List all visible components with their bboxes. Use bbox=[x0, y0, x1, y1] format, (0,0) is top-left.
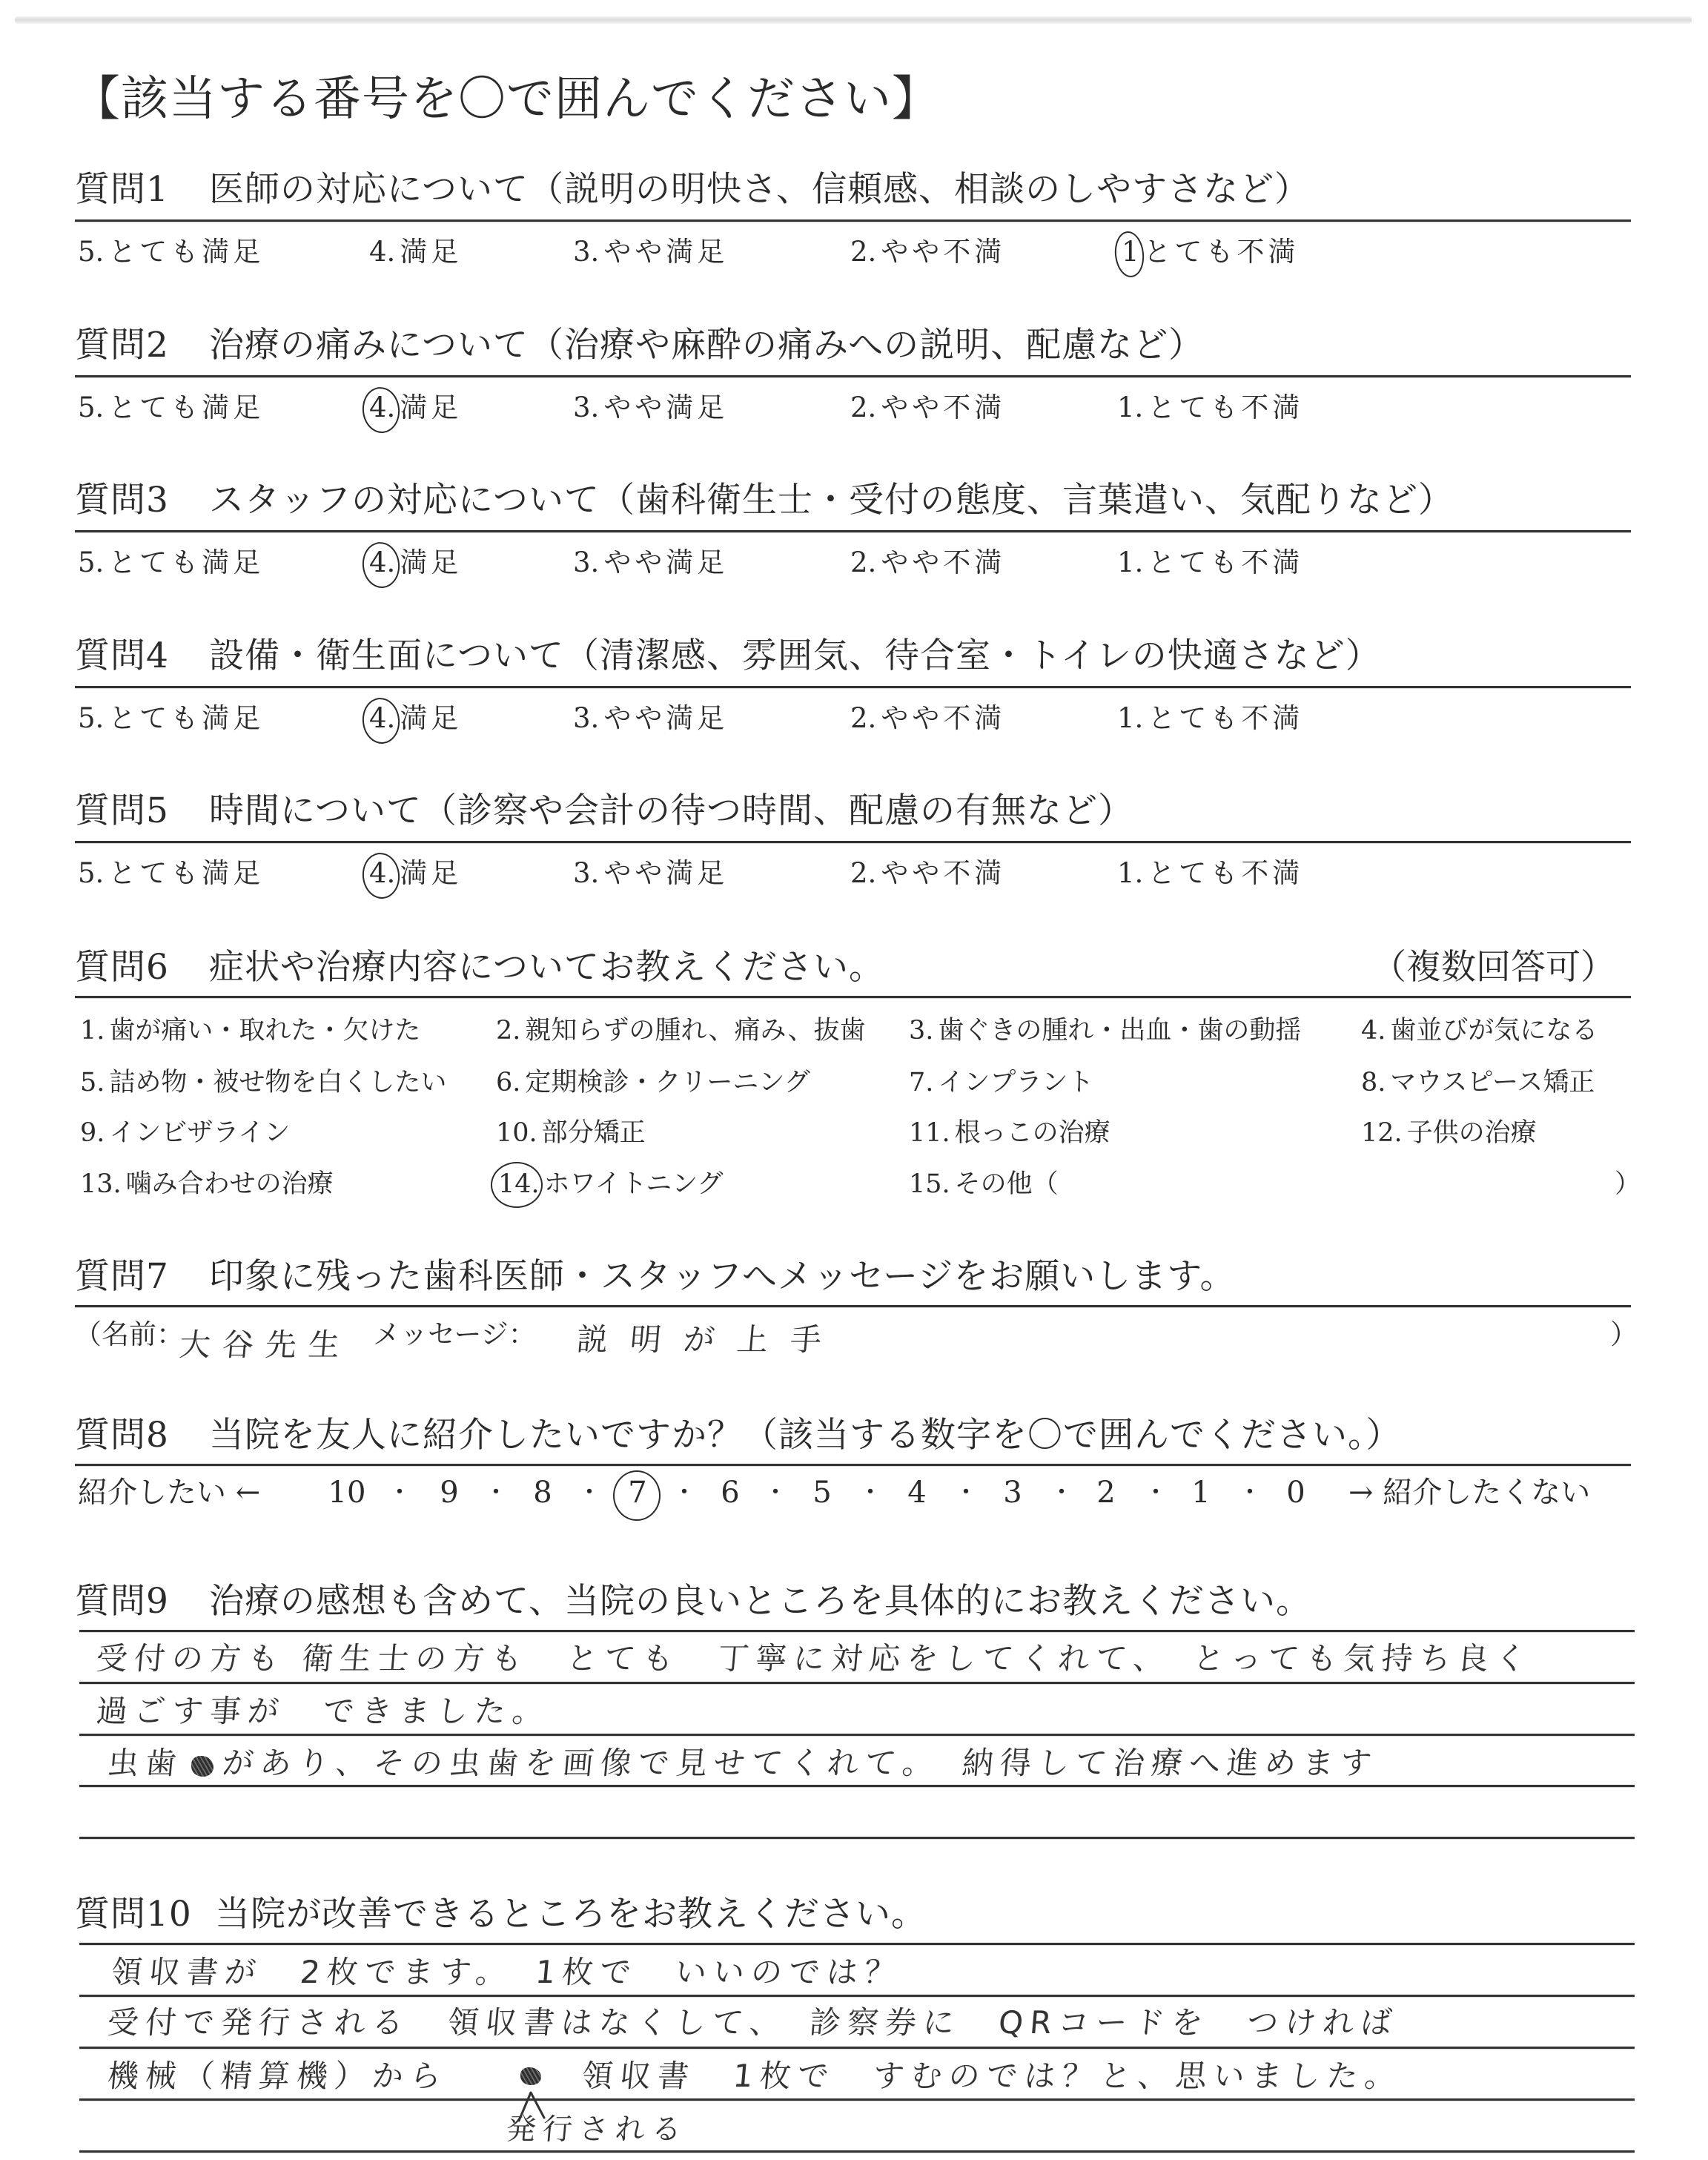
q6-item-9[interactable]: 9.インビザライン bbox=[80, 1115, 290, 1151]
option-label: やや不満 bbox=[881, 546, 1005, 578]
item-number: 4. bbox=[1361, 1013, 1386, 1048]
name-field[interactable]: 大谷先生 bbox=[177, 1323, 353, 1367]
q1-option-1[interactable]: 1とても不満 bbox=[1122, 234, 1300, 271]
scale-2[interactable]: 2 bbox=[1080, 1473, 1132, 1512]
question-5-header: 質問5時間について（診察や会計の待つ時間、配慮の有無など） bbox=[75, 789, 1133, 833]
item-label: 歯ぐきの腫れ・出血・歯の動揺 bbox=[938, 1016, 1301, 1046]
option-number: 2. bbox=[850, 700, 876, 737]
option-number: 1. bbox=[1117, 544, 1143, 581]
option-label: やや満足 bbox=[603, 546, 728, 578]
option-number: 5. bbox=[78, 855, 104, 892]
item-number: 15. bbox=[909, 1166, 950, 1202]
multiple-answers-note: （複数回答可） bbox=[1371, 945, 1615, 990]
q6-item-11[interactable]: 11.根っこの治療 bbox=[909, 1115, 1110, 1151]
q6-item-13[interactable]: 13.噛み合わせの治療 bbox=[80, 1166, 334, 1202]
divider bbox=[75, 1464, 1631, 1466]
option-number: 5. bbox=[78, 389, 104, 426]
question-text: 治療の痛みについて（治療や麻酔の痛みへの説明、配慮など） bbox=[209, 325, 1204, 366]
item-label: 親知らずの腫れ、痛み、抜歯 bbox=[525, 1016, 865, 1046]
option-number: 5. bbox=[78, 234, 104, 271]
question-1-header: 質問1医師の対応について（説明の明快さ、信頼感、相談のしやすさなど） bbox=[75, 168, 1310, 212]
question-4-header: 質問4設備・衛生面について（清潔感、雰囲気、待合室・トイレの快適さなど） bbox=[75, 634, 1381, 678]
scale-separator: ・ bbox=[575, 1473, 604, 1512]
item-label: 詰め物・被せ物を白くしたい bbox=[109, 1068, 446, 1097]
option-label: 満足 bbox=[400, 702, 462, 734]
item-label: 部分矯正 bbox=[542, 1118, 646, 1148]
question-number: 質問7 bbox=[75, 1255, 209, 1299]
q6-item-14[interactable]: 14.ホワイトニング bbox=[498, 1166, 724, 1202]
option-label: やや満足 bbox=[603, 236, 728, 268]
q1-option-2[interactable]: 2.やや不満 bbox=[850, 234, 1005, 271]
option-label: やや不満 bbox=[881, 392, 1005, 423]
option-number: 2. bbox=[850, 544, 876, 581]
answer-line bbox=[79, 1785, 1635, 1787]
item-number: 11. bbox=[909, 1115, 950, 1151]
option-label: やや満足 bbox=[603, 392, 728, 423]
option-number: 5. bbox=[78, 544, 104, 581]
q4-option-5[interactable]: 5.とても満足 bbox=[78, 700, 264, 737]
item-number: 14. bbox=[498, 1166, 540, 1202]
option-label: とても不満 bbox=[1148, 702, 1303, 734]
scribble-mark bbox=[191, 1756, 213, 1777]
question-text: 症状や治療内容についてお教えください。 bbox=[209, 947, 884, 988]
answer-line bbox=[79, 1734, 1635, 1736]
question-text: 設備・衛生面について（清潔感、雰囲気、待合室・トイレの快適さなど） bbox=[209, 635, 1381, 676]
divider bbox=[75, 841, 1631, 843]
question-text: 治療の感想も含めて、当院の良いところを具体的にお教えください。 bbox=[209, 1581, 1311, 1622]
question-number: 質問5 bbox=[75, 789, 209, 833]
item-label: マウスピース矯正 bbox=[1390, 1068, 1595, 1097]
divider bbox=[75, 375, 1631, 377]
option-label: とても満足 bbox=[108, 392, 264, 423]
scale-separator: ・ bbox=[855, 1473, 885, 1512]
q3-option-2[interactable]: 2.やや不満 bbox=[850, 544, 1005, 581]
item-number: 5. bbox=[80, 1065, 105, 1100]
option-label: 満足 bbox=[400, 236, 462, 268]
q2-option-4[interactable]: 4.満足 bbox=[369, 389, 462, 426]
item-label: 根っこの治療 bbox=[955, 1118, 1110, 1148]
question-6-header: 質問6症状や治療内容についてお教えください。 bbox=[75, 945, 884, 990]
q9-answer-line-3-start[interactable]: 虫歯 bbox=[105, 1741, 185, 1786]
option-label: やや満足 bbox=[603, 857, 728, 889]
divider bbox=[75, 1305, 1631, 1307]
q4-option-3[interactable]: 3.やや満足 bbox=[573, 700, 728, 737]
q4-option-4[interactable]: 4.満足 bbox=[369, 700, 462, 737]
scale-separator: ・ bbox=[1141, 1473, 1171, 1512]
q9-answer-line-4[interactable] bbox=[94, 1792, 98, 1837]
q4-option-1[interactable]: 1.とても不満 bbox=[1117, 700, 1303, 737]
scale-separator: ・ bbox=[1235, 1473, 1265, 1512]
question-number: 質問6 bbox=[75, 945, 209, 990]
option-label: とても満足 bbox=[108, 546, 264, 578]
option-number: 3. bbox=[573, 855, 599, 892]
scale-separator: ・ bbox=[951, 1473, 981, 1512]
question-number: 質問2 bbox=[75, 323, 209, 368]
scale-separator: ・ bbox=[761, 1473, 790, 1512]
option-number: 3. bbox=[573, 389, 599, 426]
item-number: 8. bbox=[1361, 1065, 1386, 1100]
option-number: 3. bbox=[573, 700, 599, 737]
scale-1[interactable]: 1 bbox=[1175, 1473, 1227, 1512]
item-number: 10. bbox=[496, 1115, 537, 1151]
scale-separator: ・ bbox=[1047, 1473, 1076, 1512]
option-number: 4. bbox=[369, 700, 395, 737]
question-number: 質問9 bbox=[75, 1579, 209, 1624]
option-number: 4. bbox=[369, 855, 395, 892]
question-number: 質問3 bbox=[75, 478, 209, 523]
message-field[interactable]: 説明が上手 bbox=[575, 1318, 845, 1362]
option-label: とても不満 bbox=[1148, 857, 1303, 889]
q6-item-6[interactable]: 6.定期検診・クリーニング bbox=[496, 1065, 810, 1100]
item-label: 子供の治療 bbox=[1407, 1118, 1537, 1148]
answer-line bbox=[79, 1995, 1635, 1997]
answer-line bbox=[79, 1837, 1635, 1839]
q5-option-1[interactable]: 1.とても不満 bbox=[1117, 855, 1303, 892]
item-label: 噛み合わせの治療 bbox=[126, 1169, 334, 1199]
answer-line bbox=[79, 1630, 1635, 1632]
item-number: 7. bbox=[909, 1065, 933, 1100]
scale-6[interactable]: 6 bbox=[704, 1473, 756, 1512]
question-8-header: 質問8当院を友人に紹介したいですか？（該当する数字を〇で囲んでください。） bbox=[75, 1413, 1402, 1458]
item-label: インプラント bbox=[938, 1068, 1093, 1097]
option-label: とても不満 bbox=[1148, 546, 1303, 578]
option-label: とても満足 bbox=[108, 702, 264, 734]
option-number: 1. bbox=[1117, 855, 1143, 892]
question-number: 質問4 bbox=[75, 634, 209, 678]
q6-item-3[interactable]: 3.歯ぐきの腫れ・出血・歯の動揺 bbox=[909, 1013, 1301, 1048]
q6-item-12[interactable]: 12.子供の治療 bbox=[1361, 1115, 1537, 1151]
question-text: 当院を友人に紹介したいですか？（該当する数字を〇で囲んでください。） bbox=[209, 1415, 1402, 1456]
scale-0[interactable]: 0 bbox=[1270, 1473, 1322, 1512]
scale-separator: ・ bbox=[669, 1473, 699, 1512]
divider bbox=[75, 996, 1631, 998]
option-number: 4. bbox=[369, 234, 395, 271]
option-label: とても不満 bbox=[1148, 392, 1303, 423]
q2-option-3[interactable]: 3.やや満足 bbox=[573, 389, 728, 426]
answer-line bbox=[79, 2098, 1635, 2101]
scale-3[interactable]: 3 bbox=[987, 1473, 1039, 1512]
scale-5[interactable]: 5 bbox=[796, 1473, 848, 1512]
option-label: 満足 bbox=[400, 546, 462, 578]
question-text: スタッフの対応について（歯科衛生士・受付の態度、言葉遣い、気配りなど） bbox=[209, 480, 1454, 521]
q6-item-2[interactable]: 2.親知らずの腫れ、痛み、抜歯 bbox=[496, 1013, 866, 1048]
item-label: その他（ bbox=[955, 1169, 1059, 1199]
item-label: インビザライン bbox=[109, 1118, 290, 1148]
option-number: 1. bbox=[1117, 389, 1143, 426]
q5-option-5[interactable]: 5.とても満足 bbox=[78, 855, 264, 892]
q2-option-5[interactable]: 5.とても満足 bbox=[78, 389, 264, 426]
option-label: 満足 bbox=[400, 392, 462, 423]
page-title: 【該当する番号を〇で囲んでください】 bbox=[73, 70, 940, 129]
other-close-paren: ） bbox=[1615, 1166, 1641, 1202]
scale-separator: ・ bbox=[481, 1473, 511, 1512]
q5-option-2[interactable]: 2.やや不満 bbox=[850, 855, 1005, 892]
insertion-text[interactable]: 発行される bbox=[505, 2110, 690, 2149]
question-10-header: 質問10当院が改善できるところをお教えください。 bbox=[75, 1892, 927, 1937]
q3-option-1[interactable]: 1.とても不満 bbox=[1117, 544, 1303, 581]
item-label: 歯が痛い・取れた・欠けた bbox=[109, 1016, 420, 1046]
q2-option-2[interactable]: 2.やや不満 bbox=[850, 389, 1005, 426]
q3-option-4[interactable]: 4.満足 bbox=[369, 544, 462, 581]
item-number: 12. bbox=[1361, 1115, 1403, 1151]
scale-10[interactable]: 10 bbox=[321, 1473, 373, 1512]
divider bbox=[75, 686, 1631, 688]
scale-separator: ・ bbox=[385, 1473, 414, 1512]
item-number: 6. bbox=[496, 1065, 520, 1100]
q5-option-3[interactable]: 3.やや満足 bbox=[573, 855, 728, 892]
option-number: 4. bbox=[369, 389, 395, 426]
q1-option-4[interactable]: 4.満足 bbox=[369, 234, 462, 271]
question-7-header: 質問7印象に残った歯科医師・スタッフへメッセージをお願いします。 bbox=[75, 1255, 1235, 1299]
recommend-label: 紹介したい ← bbox=[78, 1473, 260, 1512]
item-label: 歯並びが気になる bbox=[1390, 1016, 1598, 1046]
scan-edge-bar bbox=[15, 16, 1692, 24]
q5-option-4[interactable]: 4.満足 bbox=[369, 855, 462, 892]
option-number: 3. bbox=[573, 544, 599, 581]
option-number: 2. bbox=[850, 234, 876, 271]
q6-item-10[interactable]: 10.部分矯正 bbox=[496, 1115, 646, 1151]
answer-line bbox=[79, 2150, 1635, 2153]
question-number: 質問8 bbox=[75, 1413, 209, 1458]
answer-line bbox=[79, 2047, 1635, 2049]
question-text: 印象に残った歯科医師・スタッフへメッセージをお願いします。 bbox=[209, 1256, 1235, 1297]
divider bbox=[75, 530, 1631, 532]
q6-item-8[interactable]: 8.マウスピース矯正 bbox=[1361, 1065, 1595, 1100]
option-label: やや不満 bbox=[881, 857, 1005, 889]
question-2-header: 質問2治療の痛みについて（治療や麻酔の痛みへの説明、配慮など） bbox=[75, 323, 1204, 368]
option-number: 2. bbox=[850, 855, 876, 892]
q1-option-3[interactable]: 3.やや満足 bbox=[573, 234, 728, 271]
scale-9[interactable]: 9 bbox=[423, 1473, 475, 1512]
q6-item-5[interactable]: 5.詰め物・被せ物を白くしたい bbox=[80, 1065, 446, 1100]
question-text: 医師の対応について（説明の明快さ、信頼感、相談のしやすさなど） bbox=[209, 169, 1310, 210]
option-label: やや不満 bbox=[881, 702, 1005, 734]
option-label: とても不満 bbox=[1144, 236, 1300, 268]
q10-answer-line-3-rest[interactable]: 領収書 1枚で すむのでは？と、思いました。 bbox=[580, 2054, 1404, 2098]
question-9-header: 質問9治療の感想も含めて、当院の良いところを具体的にお教えください。 bbox=[75, 1579, 1311, 1624]
scribble-mark bbox=[520, 2067, 541, 2085]
message-label: メッセージ： bbox=[373, 1316, 536, 1353]
q10-answer-line-3-start[interactable]: 機械（精算機）から bbox=[105, 2054, 449, 2098]
option-number: 5. bbox=[78, 700, 104, 737]
option-number: 4. bbox=[369, 544, 395, 581]
item-number: 9. bbox=[80, 1115, 105, 1151]
option-number: 1 bbox=[1122, 234, 1139, 271]
message-close-paren: ） bbox=[1610, 1316, 1638, 1353]
option-label: やや満足 bbox=[603, 702, 728, 734]
divider bbox=[75, 219, 1631, 222]
answer-line bbox=[79, 1682, 1635, 1684]
scale-4[interactable]: 4 bbox=[891, 1473, 943, 1512]
q6-item-15-other[interactable]: 15.その他（ bbox=[909, 1166, 1059, 1202]
option-number: 3. bbox=[573, 234, 599, 271]
option-label: やや不満 bbox=[881, 236, 1005, 268]
option-number: 2. bbox=[850, 389, 876, 426]
option-number: 1. bbox=[1117, 700, 1143, 737]
question-text: 時間について（診察や会計の待つ時間、配慮の有無など） bbox=[209, 790, 1133, 831]
q4-option-2[interactable]: 2.やや不満 bbox=[850, 700, 1005, 737]
q10-answer-line-1[interactable]: 領収書が 2枚でます。 1枚で いいのでは？ bbox=[109, 1950, 904, 1995]
scale-8[interactable]: 8 bbox=[517, 1473, 569, 1512]
item-number: 1. bbox=[80, 1013, 105, 1048]
q10-answer-line-2[interactable]: 受付で発行される 領収書はなくして、 診察券に QRコードを つければ bbox=[105, 2001, 1400, 2045]
answer-line bbox=[79, 1943, 1635, 1945]
name-label: （名前： bbox=[74, 1316, 184, 1353]
option-label: とても満足 bbox=[108, 857, 264, 889]
item-label: ホワイトニング bbox=[544, 1169, 724, 1199]
item-number: 2. bbox=[496, 1013, 520, 1048]
q9-answer-line-1[interactable]: 受付の方も 衛生士の方も とても 丁寧に対応をしてくれて、 とっても気持ち良く bbox=[94, 1636, 1535, 1681]
question-number: 質問10 bbox=[75, 1892, 215, 1937]
q9-answer-line-2[interactable]: 過ごす事が できました。 bbox=[94, 1689, 552, 1734]
q6-item-4[interactable]: 4.歯並びが気になる bbox=[1361, 1013, 1598, 1048]
item-number: 13. bbox=[80, 1166, 122, 1202]
option-label: とても満足 bbox=[108, 236, 264, 268]
q3-option-3[interactable]: 3.やや満足 bbox=[573, 544, 728, 581]
q9-answer-line-3-rest[interactable]: があり、その虫歯を画像で見せてくれて。 納得して治療へ進めます bbox=[220, 1741, 1380, 1786]
item-label: 定期検診・クリーニング bbox=[525, 1068, 810, 1097]
q3-option-5[interactable]: 5.とても満足 bbox=[78, 544, 264, 581]
question-3-header: 質問3スタッフの対応について（歯科衛生士・受付の態度、言葉遣い、気配りなど） bbox=[75, 478, 1454, 523]
scale-7[interactable]: 7 bbox=[612, 1473, 663, 1512]
option-label: 満足 bbox=[400, 857, 462, 889]
question-text: 当院が改善できるところをお教えください。 bbox=[215, 1894, 927, 1935]
q6-item-7[interactable]: 7.インプラント bbox=[909, 1065, 1093, 1100]
not-recommend-label: → 紹介したくない bbox=[1348, 1473, 1590, 1512]
q1-option-5[interactable]: 5.とても満足 bbox=[78, 234, 264, 271]
item-number: 3. bbox=[909, 1013, 933, 1048]
q6-item-1[interactable]: 1.歯が痛い・取れた・欠けた bbox=[80, 1013, 420, 1048]
question-number: 質問1 bbox=[75, 168, 209, 212]
q2-option-1[interactable]: 1.とても不満 bbox=[1117, 389, 1303, 426]
